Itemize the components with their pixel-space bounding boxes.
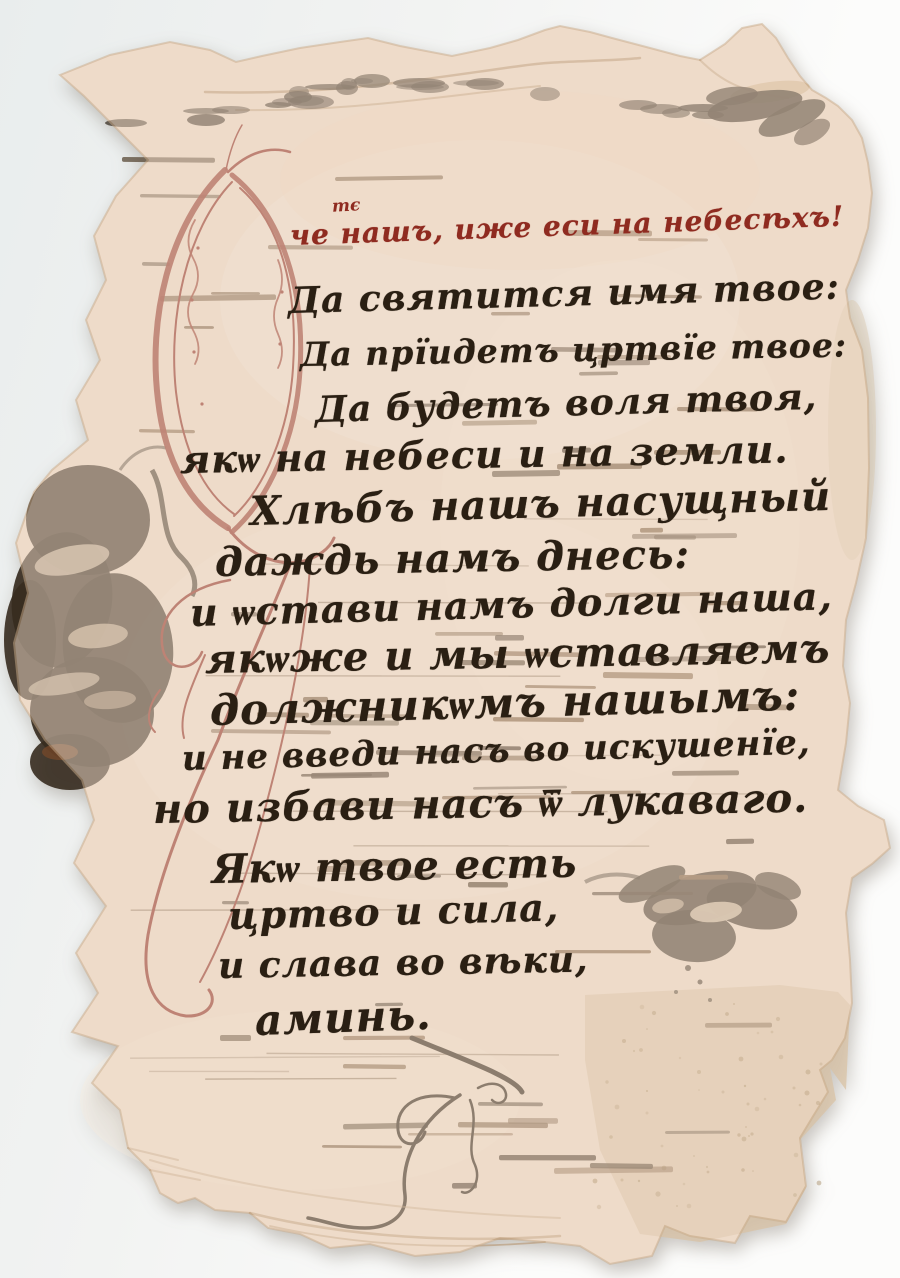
bark-edge-highlight bbox=[14, 24, 890, 1264]
birch-bark-sheet bbox=[0, 0, 900, 1278]
birch-bark-manuscript-photo: тє че нашъ, иже еси на небесѣхъ!Да святи… bbox=[0, 0, 900, 1278]
